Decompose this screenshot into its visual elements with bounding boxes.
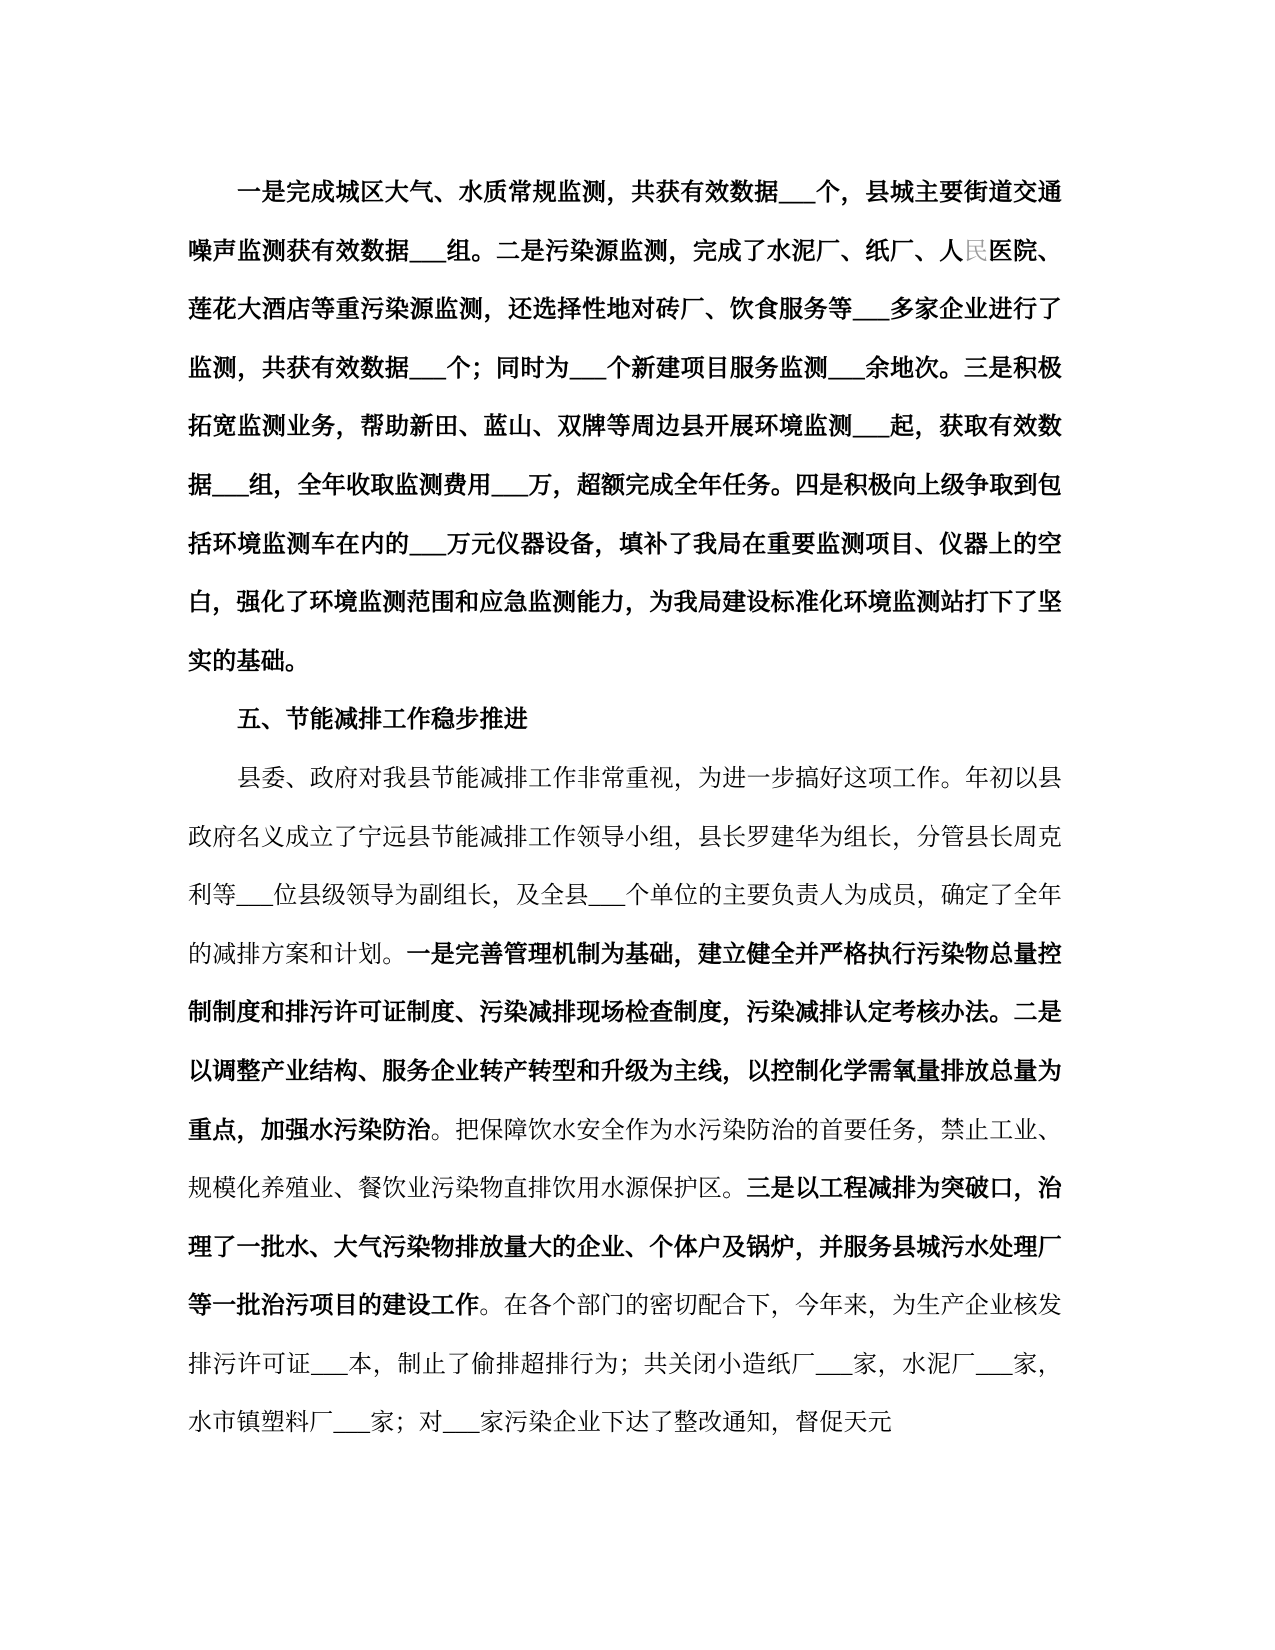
text-segment: 县委、政府对我县节能减排工作非常重视，为进一步搞好这项工作。年初以县政府名义成立… [188, 766, 1062, 968]
para-energy-saving-emission-reduction: 县委、政府对我县节能减排工作非常重视，为进一步搞好这项工作。年初以县政府名义成立… [188, 750, 1062, 1453]
document-body: 一是完成城区大气、水质常规监测，共获有效数据___个，县城主要街道交通噪声监测获… [188, 164, 1085, 1453]
document-page: 一是完成城区大气、水质常规监测，共获有效数据___个，县城主要街道交通噪声监测获… [0, 0, 1275, 1650]
text-segment: 民 [964, 239, 989, 265]
text-segment: 医院、莲花大酒店等重污染源监测，还选择性地对砖厂、饮食服务等___多家企业进行了… [188, 239, 1062, 675]
text-segment: 五、节能减排工作稳步推进 [237, 707, 528, 733]
text-segment: 一是完成城区大气、水质常规监测，共获有效数据___个，县城主要街道交通噪声监测获… [188, 180, 1062, 265]
para-monitoring-achievements: 一是完成城区大气、水质常规监测，共获有效数据___个，县城主要街道交通噪声监测获… [188, 164, 1062, 691]
heading-section-5: 五、节能减排工作稳步推进 [188, 691, 1062, 750]
